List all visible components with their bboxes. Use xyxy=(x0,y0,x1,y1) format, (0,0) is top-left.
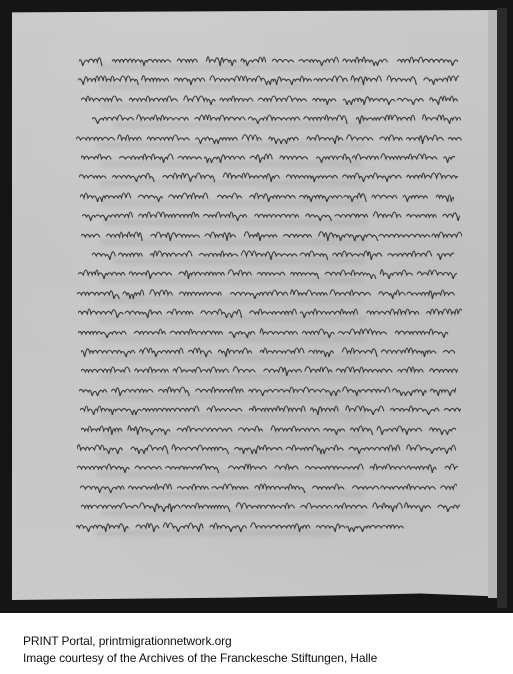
handwritten-line xyxy=(81,91,457,105)
handwritten-line xyxy=(77,440,458,454)
image-caption: PRINT Portal, printmigrationnetwork.org … xyxy=(23,633,377,666)
handwritten-line xyxy=(92,246,454,260)
handwritten-line xyxy=(79,168,458,182)
handwritten-line xyxy=(81,498,460,512)
handwritten-line xyxy=(78,304,462,318)
handwritten-line xyxy=(79,52,458,66)
handwritten-line xyxy=(78,324,461,338)
handwritten-line xyxy=(81,227,462,241)
handwritten-line xyxy=(80,188,454,202)
caption-credit: Image courtesy of the Archives of the Fr… xyxy=(23,650,377,667)
handwritten-line xyxy=(81,421,455,435)
handwritten-line xyxy=(77,285,457,299)
handwritten-line xyxy=(79,382,456,396)
handwritten-line xyxy=(77,459,458,473)
handwritten-line xyxy=(80,401,461,415)
handwritten-line xyxy=(82,207,461,221)
handwritten-line xyxy=(81,343,454,357)
handwritten-text xyxy=(0,0,513,613)
manuscript-scan xyxy=(0,0,513,613)
handwritten-line xyxy=(81,362,458,376)
handwritten-line xyxy=(78,265,458,279)
caption-source: PRINT Portal, printmigrationnetwork.org xyxy=(23,633,377,650)
handwritten-line xyxy=(76,130,461,144)
handwritten-line xyxy=(81,149,455,163)
handwritten-line xyxy=(76,518,415,532)
handwritten-line xyxy=(78,71,459,85)
handwritten-line xyxy=(92,110,461,124)
handwritten-line xyxy=(80,479,457,493)
